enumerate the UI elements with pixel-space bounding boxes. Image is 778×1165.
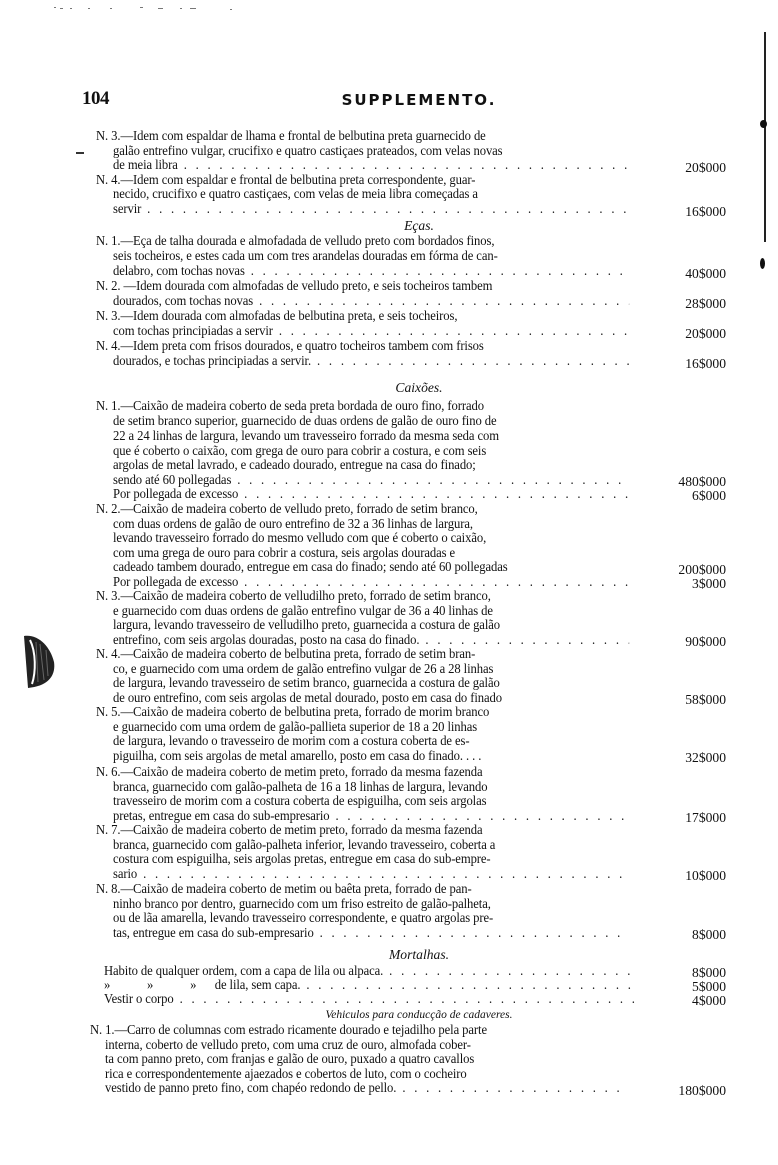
price: 8$000 <box>668 927 726 942</box>
item-line: N. 7.—Caixão de madeira coberto de metim… <box>96 822 628 837</box>
price: 20$000 <box>668 326 726 341</box>
price: 3$000 <box>668 576 726 591</box>
item-line: piguilha, com seis argolas de metal amar… <box>113 748 629 763</box>
ink-blot <box>760 258 765 269</box>
item-line: N. 3.—Idem com espaldar de lhama e front… <box>96 128 628 143</box>
item-line: vestido de panno preto fino, com chapéo … <box>105 1080 621 1095</box>
item-line: N. 1.—Carro de columnas com estrado rica… <box>90 1022 622 1037</box>
item-line: N. 1.—Eça de talha dourada e almofadada … <box>96 233 628 248</box>
price: 6$000 <box>668 488 726 503</box>
item-line: interna, coberto de velludo preto, com u… <box>105 1037 621 1052</box>
item-line: dourados, e tochas principiadas a servir… <box>113 353 629 368</box>
item-line: galão entrefino vulgar, crucifixo e quat… <box>113 143 629 158</box>
scan-noise-marks <box>40 5 280 13</box>
price: 40$000 <box>668 266 726 281</box>
item-line: rica e correspondentemente ajaezados e c… <box>105 1066 621 1081</box>
item-line: com duas ordens de galão de ouro entrefi… <box>113 516 629 531</box>
item-line: de largura, levando o travesseiro de mor… <box>113 733 629 748</box>
margin-rule-mark <box>764 32 766 242</box>
item-line: de largura, levando travesseiro de setim… <box>113 675 629 690</box>
item-line: N. 2. —Idem dourada com almofadas de vel… <box>96 278 628 293</box>
item-line: com tochas principiadas a servir <box>113 323 629 338</box>
price: 32$000 <box>668 750 726 765</box>
price: 28$000 <box>668 296 726 311</box>
item-line: de ouro entrefino, com seis argolas de m… <box>113 690 629 705</box>
section-title-ecas: Eças. <box>0 218 778 233</box>
item-line: que é coberto o caixão, com grega de our… <box>113 443 629 458</box>
item-line: N. 6.—Caixão de madeira coberto de metim… <box>96 764 628 779</box>
item-line: ninho branco por dentro, guarnecido com … <box>113 896 629 911</box>
mortalha-line: Habito de qualquer ordem, com a capa de … <box>104 963 636 978</box>
price: 10$000 <box>668 868 726 883</box>
item-line: co, e guarnecido com uma ordem de galão … <box>113 661 629 676</box>
item-line: N. 1.—Caixão de madeira coberto de seda … <box>96 398 628 413</box>
running-head: SUPPLEMENTO. <box>0 91 778 109</box>
section-title-caixoes: Caixões. <box>0 380 778 395</box>
price: 4$000 <box>668 993 726 1008</box>
item-line: travesseiro de morim com a costura cober… <box>113 793 629 808</box>
item-line: servir <box>113 201 629 216</box>
item-line: ou de lãa amarella, levando travesseiro … <box>113 910 629 925</box>
item-line: sendo até 60 pollegadas <box>113 472 629 487</box>
item-line: N. 4.—Idem preta com frisos dourados, e … <box>96 338 628 353</box>
price: 17$000 <box>668 810 726 825</box>
item-line: 22 a 24 linhas de largura, levando um tr… <box>113 428 629 443</box>
margin-dash-mark <box>76 152 84 154</box>
item-line: pretas, entregue em casa do sub-empresar… <box>113 808 629 823</box>
item-line: sario <box>113 866 629 881</box>
price: 180$000 <box>668 1083 726 1098</box>
excess-line: Por pollegada de excesso <box>113 574 629 589</box>
item-line: argolas de metal lavrado, e cadeado dour… <box>113 457 629 472</box>
price: 5$000 <box>668 979 726 994</box>
price: 90$000 <box>668 634 726 649</box>
item-line: necido, crucifixo e quatro castiçaes, co… <box>113 186 629 201</box>
item-line: N. 3.—Caixão de madeira coberto de vellu… <box>96 588 628 603</box>
item-line: costura com espiguilha, seis argolas pre… <box>113 851 629 866</box>
item-line: ta com panno preto, com franjas e galão … <box>105 1051 621 1066</box>
item-line: branca, guarnecido com galão-palheta inf… <box>113 837 629 852</box>
item-line: N. 4.—Idem com espaldar e frontal de bel… <box>96 172 628 187</box>
item-line: de setim branco superior, guarnecido de … <box>113 413 629 428</box>
scanned-page: 104 SUPPLEMENTO. N. 3.—Idem com espaldar… <box>0 0 778 1165</box>
item-line: N. 3.—Idem dourada com almofadas de belb… <box>96 308 628 323</box>
item-line: tas, entregue em casa do sub-empresario <box>113 925 629 940</box>
price: 20$000 <box>668 160 726 175</box>
excess-line: Por pollegada de excesso <box>113 486 629 501</box>
price: 16$000 <box>668 204 726 219</box>
ornament-fragment-icon <box>20 632 60 692</box>
item-line: N. 5.—Caixão de madeira coberto de belbu… <box>96 704 628 719</box>
item-line: dourados, com tochas novas <box>113 293 629 308</box>
price: 16$000 <box>668 356 726 371</box>
item-line: N. 2.—Caixão de madeira coberto de vellu… <box>96 501 628 516</box>
mortalha-line: Vestir o corpo <box>104 991 636 1006</box>
item-line: cadeado tambem dourado, entregue em casa… <box>113 559 629 574</box>
section-title-mortalhas: Mortalhas. <box>0 947 778 962</box>
item-line: e guarnecido com uma ordem de galão-pall… <box>113 719 629 734</box>
item-line: entrefino, com seis argolas douradas, po… <box>113 632 629 647</box>
item-line: largura, levando travesseiro de velludil… <box>113 617 629 632</box>
item-line: N. 4.—Caixão de madeira coberto de belbu… <box>96 646 628 661</box>
item-line: seis tocheiros, e estes cada um com tres… <box>113 248 629 263</box>
price: 200$000 <box>668 562 726 577</box>
item-line: com uma grega de ouro para cobrir a cost… <box>113 545 629 560</box>
mortalha-line: » » » de lila, sem capa. <box>104 977 636 992</box>
price: 480$000 <box>668 474 726 489</box>
item-line: branca, guarnecido com galão-palheta de … <box>113 779 629 794</box>
item-line: e guarnecido com duas ordens de galão en… <box>113 603 629 618</box>
ink-blot <box>760 120 767 128</box>
price: 58$000 <box>668 692 726 707</box>
item-line: N. 8.—Caixão de madeira coberto de metim… <box>96 881 628 896</box>
section-title-vehiculos: Vehiculos para conducção de cadaveres. <box>0 1008 778 1023</box>
item-line: de meia libra <box>113 157 629 172</box>
item-line: levando travesseiro forrado do mesmo vel… <box>113 530 629 545</box>
price: 8$000 <box>668 965 726 980</box>
item-line: delabro, com tochas novas <box>113 263 629 278</box>
